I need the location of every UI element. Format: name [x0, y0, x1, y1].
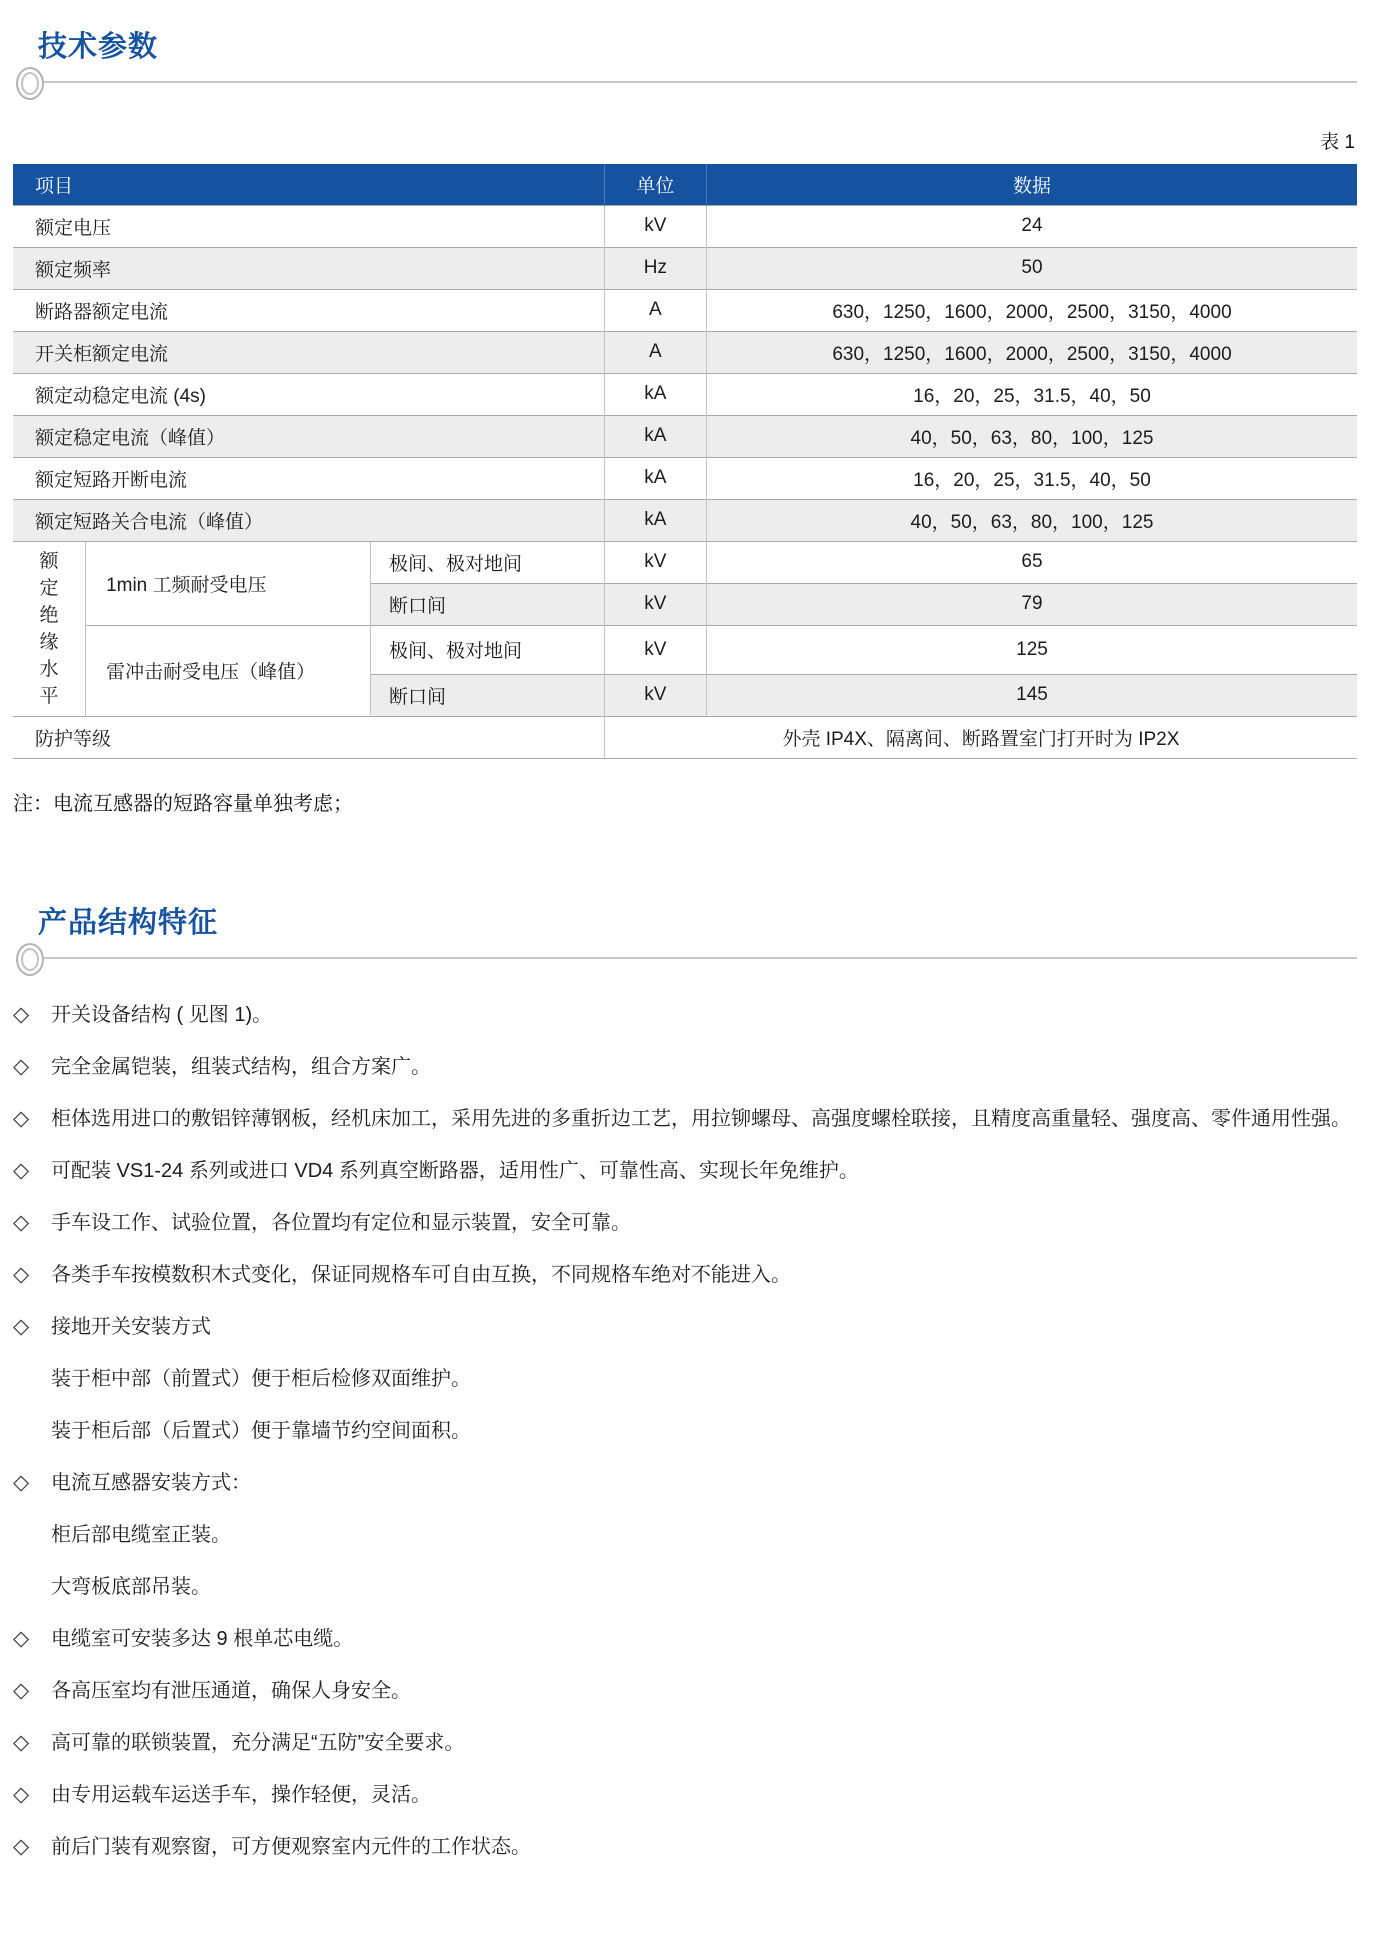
list-item: ◇ 完全金属铠装，组装式结构，组合方案广。 [13, 1041, 1355, 1093]
list-item-text: 各高压室均有泄压通道，确保人身安全。 [51, 1665, 1355, 1717]
list-item: ◇ 电流互感器安装方式： [13, 1457, 1355, 1509]
diamond-bullet-icon: ◇ [13, 1145, 51, 1197]
diamond-bullet-icon: ◇ [13, 1821, 51, 1873]
cell-item: 断路器额定电流 [13, 289, 604, 331]
cell-data: 79 [706, 583, 1357, 625]
header-item: 项目 [13, 164, 604, 205]
cell-group-vertical-label: 额定绝缘水平 [13, 541, 86, 716]
section-title-product-structure: 产品结构特征 [38, 900, 1373, 941]
list-item-text: 柜后部电缆室正装。 [51, 1509, 1355, 1561]
section-title-technical-parameters: 技术参数 [38, 0, 1373, 65]
list-subitem: 柜后部电缆室正装。 [51, 1509, 1355, 1561]
list-subitem: 装于柜中部（前置式）便于柜后检修双面维护。 [51, 1353, 1355, 1405]
cell-data: 630，1250，1600，2000，2500，3150，4000 [706, 331, 1357, 373]
list-item: ◇ 柜体选用进口的敷铝锌薄钢板，经机床加工，采用先进的多重折边工艺，用拉铆螺母、… [13, 1093, 1355, 1145]
list-item: ◇ 可配装 VS1-24 系列或进口 VD4 系列真空断路器，适用性广、可靠性高… [13, 1145, 1355, 1197]
list-item-text: 可配装 VS1-24 系列或进口 VD4 系列真空断路器，适用性广、可靠性高、实… [51, 1145, 1355, 1197]
cell-subgroup-label: 雷冲击耐受电压（峰值） [86, 625, 371, 716]
ring-marker-icon [16, 943, 44, 976]
cell-item: 额定稳定电流（峰值） [13, 415, 604, 457]
table-row-insulation: 雷冲击耐受电压（峰值） 极间、极对地间 kV 125 [13, 625, 1357, 674]
table-row: 断路器额定电流 A 630，1250，1600，2000，2500，3150，4… [13, 289, 1357, 331]
list-item-text: 柜体选用进口的敷铝锌薄钢板，经机床加工，采用先进的多重折边工艺，用拉铆螺母、高强… [51, 1093, 1355, 1145]
cell-data: 40，50，63，80，100，125 [706, 415, 1357, 457]
cell-scope: 极间、极对地间 [370, 625, 604, 674]
list-item-text: 完全金属铠装，组装式结构，组合方案广。 [51, 1041, 1355, 1093]
list-item-text: 装于柜中部（前置式）便于柜后检修双面维护。 [51, 1353, 1355, 1405]
cell-unit: kA [604, 457, 706, 499]
ring-inner-icon [21, 948, 39, 971]
cell-unit: kV [604, 205, 706, 247]
cell-unit: kV [604, 583, 706, 625]
cell-data: 40，50，63，80，100，125 [706, 499, 1357, 541]
document-page: 技术参数 表 1 项目 单位 数据 额定电压 kV 24 额定频率 Hz 50 … [0, 0, 1373, 1933]
cell-data: 16，20，25，31.5，40，50 [706, 373, 1357, 415]
cell-item: 额定电压 [13, 205, 604, 247]
list-item-text: 电流互感器安装方式： [51, 1457, 1355, 1509]
cell-scope: 断口间 [370, 583, 604, 625]
cell-item: 额定动稳定电流 (4s) [13, 373, 604, 415]
table-row: 额定短路关合电流（峰值） kA 40，50，63，80，100，125 [13, 499, 1357, 541]
cell-data: 630，1250，1600，2000，2500，3150，4000 [706, 289, 1357, 331]
table-row: 额定频率 Hz 50 [13, 247, 1357, 289]
table-row: 额定短路开断电流 kA 16，20，25，31.5，40，50 [13, 457, 1357, 499]
list-item: ◇ 开关设备结构 ( 见图 1)。 [13, 989, 1355, 1041]
list-item: ◇ 高可靠的联锁装置，充分满足“五防”安全要求。 [13, 1717, 1355, 1769]
list-item: ◇ 各高压室均有泄压通道，确保人身安全。 [13, 1665, 1355, 1717]
list-item: ◇ 由专用运载车运送手车，操作轻便，灵活。 [13, 1769, 1355, 1821]
divider-line [34, 81, 1357, 83]
diamond-bullet-icon: ◇ [13, 1301, 51, 1353]
list-item: ◇ 接地开关安装方式 [13, 1301, 1355, 1353]
cell-scope: 极间、极对地间 [370, 541, 604, 583]
cell-item: 额定短路开断电流 [13, 457, 604, 499]
list-item: ◇ 电缆室可安装多达 9 根单芯电缆。 [13, 1613, 1355, 1665]
cell-data: 145 [706, 674, 1357, 716]
diamond-bullet-icon: ◇ [13, 1613, 51, 1665]
bottom-whitespace [0, 1873, 1373, 1933]
list-item-text: 大弯板底部吊装。 [51, 1561, 1355, 1613]
table-header-row: 项目 单位 数据 [13, 164, 1357, 205]
list-item-text: 由专用运载车运送手车，操作轻便，灵活。 [51, 1769, 1355, 1821]
cell-data: 24 [706, 205, 1357, 247]
cell-data: 50 [706, 247, 1357, 289]
technical-parameters-table: 项目 单位 数据 额定电压 kV 24 额定频率 Hz 50 断路器额定电流 A… [13, 164, 1357, 759]
table-row: 开关柜额定电流 A 630，1250，1600，2000，2500，3150，4… [13, 331, 1357, 373]
ring-inner-icon [21, 72, 39, 95]
diamond-bullet-icon: ◇ [13, 1197, 51, 1249]
cell-unit: kV [604, 674, 706, 716]
diamond-bullet-icon: ◇ [13, 1093, 51, 1145]
diamond-bullet-icon: ◇ [13, 1457, 51, 1509]
feature-list: ◇ 开关设备结构 ( 见图 1)。 ◇ 完全金属铠装，组装式结构，组合方案广。 … [13, 989, 1355, 1873]
cell-unit: A [604, 331, 706, 373]
cell-unit: kA [604, 415, 706, 457]
list-item-text: 电缆室可安装多达 9 根单芯电缆。 [51, 1613, 1355, 1665]
cell-unit: A [604, 289, 706, 331]
vertical-label-text: 额定绝缘水平 [39, 548, 60, 710]
cell-data: 16，20，25，31.5，40，50 [706, 457, 1357, 499]
cell-data: 125 [706, 625, 1357, 674]
diamond-bullet-icon: ◇ [13, 1665, 51, 1717]
cell-data: 65 [706, 541, 1357, 583]
list-item: ◇ 前后门装有观察窗，可方便观察室内元件的工作状态。 [13, 1821, 1355, 1873]
list-item-text: 开关设备结构 ( 见图 1)。 [51, 989, 1355, 1041]
list-item-text: 接地开关安装方式 [51, 1301, 1355, 1353]
table-note: 注：电流互感器的短路容量单独考虑； [13, 787, 1373, 816]
diamond-bullet-icon: ◇ [13, 1041, 51, 1093]
header-unit: 单位 [604, 164, 706, 205]
table-row: 额定动稳定电流 (4s) kA 16，20，25，31.5，40，50 [13, 373, 1357, 415]
cell-subgroup-label: 1min 工频耐受电压 [86, 541, 371, 625]
cell-item: 防护等级 [13, 716, 604, 758]
list-item-text: 手车设工作、试验位置，各位置均有定位和显示装置，安全可靠。 [51, 1197, 1355, 1249]
list-item-text: 各类手车按模数积木式变化，保证同规格车可自由互换，不同规格车绝对不能进入。 [51, 1249, 1355, 1301]
list-item-text: 前后门装有观察窗，可方便观察室内元件的工作状态。 [51, 1821, 1355, 1873]
cell-unit: kV [604, 541, 706, 583]
diamond-bullet-icon: ◇ [13, 1249, 51, 1301]
cell-unit: kA [604, 373, 706, 415]
table-row-protection: 防护等级 外壳 IP4X、隔离间、断路置室门打开时为 IP2X [13, 716, 1357, 758]
diamond-bullet-icon: ◇ [13, 989, 51, 1041]
divider-line [34, 957, 1357, 959]
list-subitem: 大弯板底部吊装。 [51, 1561, 1355, 1613]
cell-item: 额定短路关合电流（峰值） [13, 499, 604, 541]
ring-marker-icon [16, 67, 44, 100]
cell-unit: Hz [604, 247, 706, 289]
table-row: 额定稳定电流（峰值） kA 40，50，63，80，100，125 [13, 415, 1357, 457]
list-item-text: 装于柜后部（后置式）便于靠墙节约空间面积。 [51, 1405, 1355, 1457]
section-divider [0, 65, 1373, 101]
cell-scope: 断口间 [370, 674, 604, 716]
list-subitem: 装于柜后部（后置式）便于靠墙节约空间面积。 [51, 1405, 1355, 1457]
cell-unit: kA [604, 499, 706, 541]
diamond-bullet-icon: ◇ [13, 1769, 51, 1821]
cell-item: 开关柜额定电流 [13, 331, 604, 373]
section-divider [0, 941, 1373, 977]
list-item: ◇ 手车设工作、试验位置，各位置均有定位和显示装置，安全可靠。 [13, 1197, 1355, 1249]
cell-item: 额定频率 [13, 247, 604, 289]
header-data: 数据 [706, 164, 1357, 205]
cell-data: 外壳 IP4X、隔离间、断路置室门打开时为 IP2X [604, 716, 1357, 758]
list-item-text: 高可靠的联锁装置，充分满足“五防”安全要求。 [51, 1717, 1355, 1769]
table-row-insulation: 额定绝缘水平 1min 工频耐受电压 极间、极对地间 kV 65 [13, 541, 1357, 583]
cell-unit: kV [604, 625, 706, 674]
diamond-bullet-icon: ◇ [13, 1717, 51, 1769]
table-row: 额定电压 kV 24 [13, 205, 1357, 247]
table-caption: 表 1 [0, 127, 1355, 154]
list-item: ◇ 各类手车按模数积木式变化，保证同规格车可自由互换，不同规格车绝对不能进入。 [13, 1249, 1355, 1301]
